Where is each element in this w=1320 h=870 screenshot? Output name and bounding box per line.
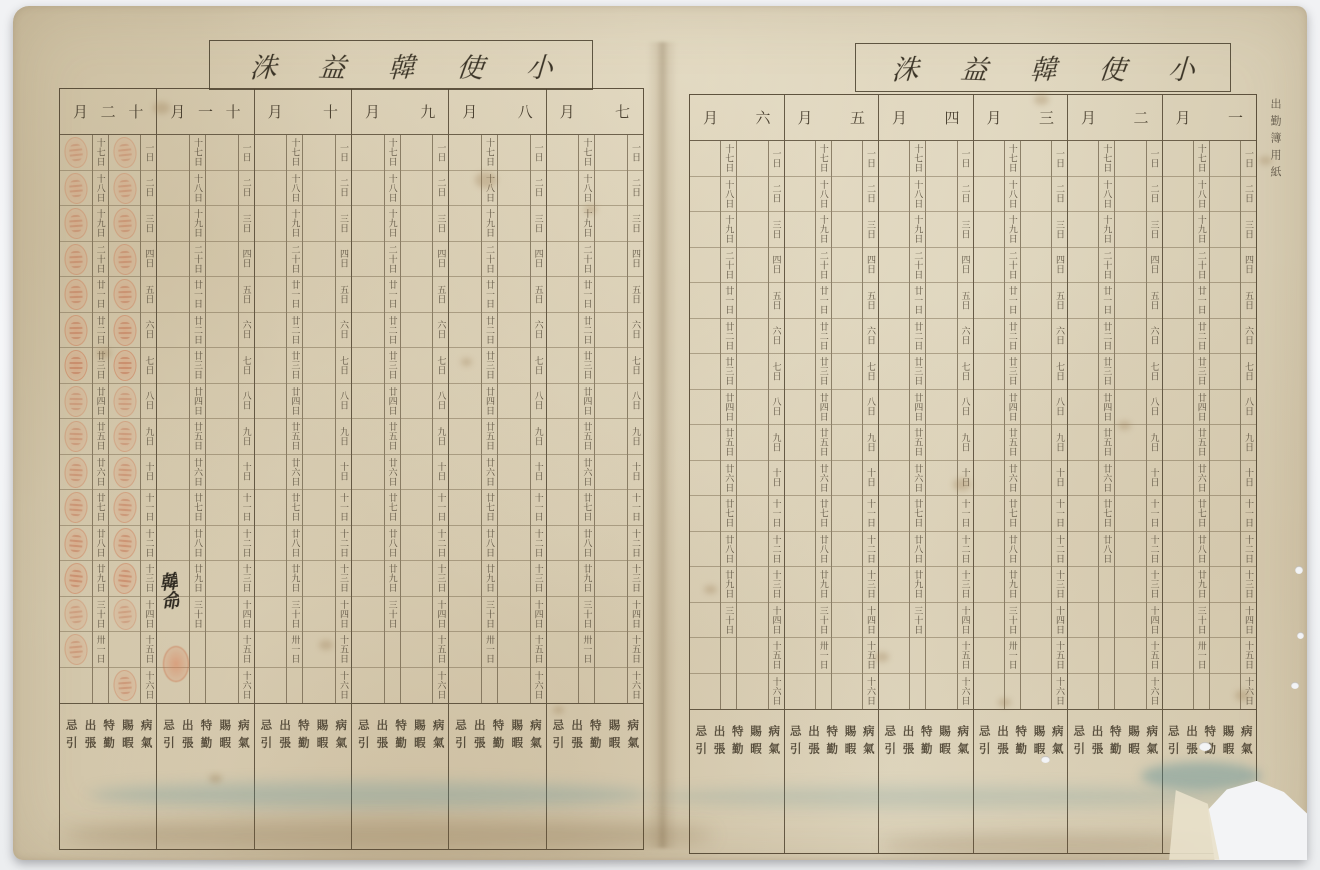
day-label-cell: 十一日 — [958, 496, 973, 532]
day-label: 廿五日 — [388, 422, 397, 451]
day-label: 七日 — [534, 356, 543, 375]
stamp-cell — [926, 141, 956, 177]
stamp-cell — [255, 597, 287, 633]
stamp-cell — [690, 212, 720, 248]
stamp-cell — [832, 461, 862, 497]
day-label: 十三日 — [1150, 570, 1159, 599]
day-label: 廿一日 — [96, 280, 105, 309]
day-label-cell: 廿七日 — [910, 496, 925, 532]
month-header-character: 月 — [365, 101, 380, 122]
stamp-cell — [206, 206, 238, 242]
day-label: 五日 — [1244, 291, 1253, 310]
stamp-cell — [449, 597, 481, 633]
stamp-cell — [1021, 674, 1051, 710]
day-label: 八日 — [1150, 397, 1159, 416]
stamp-cell — [303, 490, 335, 526]
stamp-cell — [974, 177, 1004, 213]
stamp-cell — [1210, 319, 1240, 355]
day-label: 六日 — [1244, 326, 1253, 345]
day-label-cell: 七日 — [141, 348, 156, 384]
day-label: 十二日 — [772, 535, 781, 564]
category-label: 病氣 — [430, 719, 446, 754]
stamp-cell — [595, 419, 627, 455]
attendance-seal-stamp — [63, 562, 89, 595]
day-label: 十四日 — [144, 600, 153, 629]
day-label-cell: 十五日 — [1147, 638, 1162, 674]
stamp-cell — [1068, 532, 1098, 568]
day-label-cell: 廿四日 — [910, 390, 925, 426]
day-label-cell: 十一日 — [141, 490, 156, 526]
stamp-cell — [498, 135, 530, 171]
day-label: 二十日 — [1197, 251, 1206, 280]
day-label-cell: 十日 — [336, 455, 351, 491]
day-label: 九日 — [1055, 433, 1064, 452]
stamp-cell — [690, 283, 720, 319]
stamp-cell — [1021, 177, 1051, 213]
day-label-cell: 十二日 — [1147, 532, 1162, 568]
day-label: 廿六日 — [819, 464, 828, 493]
stamp-cell — [1115, 603, 1145, 639]
stamp-cell — [879, 283, 909, 319]
day-label-cell: 十四日 — [769, 603, 784, 639]
stamp-cell — [1163, 425, 1193, 461]
stamp-cell — [60, 277, 92, 313]
day-label-cell: 六日 — [958, 319, 973, 355]
category-label: 病氣 — [1143, 725, 1159, 760]
stamp-cell — [737, 141, 767, 177]
day-label: 一日 — [339, 143, 348, 162]
day-label-cell: 十九日 — [816, 212, 831, 248]
day-label-cell: 十二日 — [1052, 532, 1067, 568]
day-label-column: 十七日十八日十九日二十日廿一日廿二日廿三日廿四日廿五日廿六日廿七日廿八日廿九日三… — [579, 135, 595, 703]
stamp-column — [879, 141, 910, 709]
day-label: 九日 — [242, 427, 251, 446]
stamp-cell — [974, 567, 1004, 603]
day-label-cell: 三日 — [1241, 212, 1256, 248]
day-label: 廿八日 — [96, 529, 105, 558]
day-label-cell: 一日 — [958, 141, 973, 177]
day-label: 三日 — [631, 214, 640, 233]
day-label-cell: 四日 — [1147, 248, 1162, 284]
day-label-cell: 三十日 — [910, 603, 925, 639]
day-label: 十四日 — [1055, 606, 1064, 635]
stamp-cell — [109, 490, 141, 526]
day-label: 七日 — [1244, 362, 1253, 381]
day-label: 廿二日 — [485, 316, 494, 345]
day-label-cell — [93, 668, 108, 704]
stamp-cell — [690, 425, 720, 461]
day-label: 十一日 — [1244, 499, 1253, 528]
stamp-cell — [1210, 141, 1240, 177]
day-label: 廿一日 — [388, 280, 397, 309]
day-label: 廿三日 — [1008, 357, 1017, 386]
day-label: 六日 — [436, 320, 445, 339]
stamp-cell — [926, 496, 956, 532]
stamp-cell — [352, 597, 384, 633]
day-label: 十八日 — [96, 174, 105, 203]
stamp-cell — [109, 277, 141, 313]
day-label: 十三日 — [1244, 570, 1253, 599]
stamp-cell — [206, 348, 238, 384]
stamp-cell — [832, 532, 862, 568]
category-label: 出張 — [900, 725, 916, 760]
day-label: 廿四日 — [193, 387, 202, 416]
stamp-cell — [547, 171, 579, 207]
day-label: 廿六日 — [388, 458, 397, 487]
day-label-cell — [816, 674, 831, 710]
day-label: 三日 — [242, 214, 251, 233]
day-label: 四日 — [1150, 255, 1159, 274]
day-label: 十九日 — [724, 215, 733, 244]
day-label-cell: 廿一日 — [721, 283, 736, 319]
stamp-cell — [206, 490, 238, 526]
stamp-cell — [401, 632, 433, 668]
day-label-cell: 十四日 — [1241, 603, 1256, 639]
day-label-cell: 十九日 — [1194, 212, 1209, 248]
category-label: 出張 — [373, 719, 389, 754]
stamp-cell — [832, 177, 862, 213]
day-label-cell: 十八日 — [721, 177, 736, 213]
day-label-cell: 十八日 — [1194, 177, 1209, 213]
stamp-cell — [401, 526, 433, 562]
day-label-cell: 八日 — [239, 384, 254, 420]
month-day-grid: 十七日十八日十九日二十日廿一日廿二日廿三日廿四日廿五日廿六日廿七日廿八日廿九日三… — [879, 141, 973, 709]
day-label-cell: 廿九日 — [482, 561, 497, 597]
day-label-cell: 五日 — [863, 283, 878, 319]
day-label-cell: 二日 — [1241, 177, 1256, 213]
day-label: 廿五日 — [913, 428, 922, 457]
day-label: 十日 — [1055, 468, 1064, 487]
day-label-cell: 五日 — [1147, 283, 1162, 319]
stamp-cell — [498, 313, 530, 349]
stamp-cell — [1210, 283, 1240, 319]
day-label-cell: 十八日 — [385, 171, 400, 207]
stamp-cell — [1163, 354, 1193, 390]
day-label-cell: 廿一日 — [287, 277, 302, 313]
day-label: 十九日 — [1102, 215, 1111, 244]
day-label: 四日 — [866, 255, 875, 274]
day-label-column: 一日二日三日四日五日六日七日八日九日十日十一日十二日十三日十四日十五日十六日 — [239, 135, 254, 703]
day-label: 廿九日 — [193, 564, 202, 593]
day-label-cell: 卅一日 — [579, 632, 594, 668]
day-label-cell: 三十日 — [287, 597, 302, 633]
stamp-cell — [255, 206, 287, 242]
day-label-cell: 十一日 — [863, 496, 878, 532]
day-label-cell: 十五日 — [336, 632, 351, 668]
day-label: 廿六日 — [1102, 464, 1111, 493]
day-label-cell: 廿三日 — [579, 348, 594, 384]
day-label: 十三日 — [144, 564, 153, 593]
day-label: 卅一日 — [582, 635, 591, 664]
stamp-cell — [595, 348, 627, 384]
day-label: 八日 — [772, 397, 781, 416]
month-day-grid: 十七日十八日十九日二十日廿一日廿二日廿三日廿四日廿五日廿六日廿七日廿八日廿九日三… — [352, 135, 448, 703]
category-row: 忌引出張特勤賜暇病氣 — [1068, 709, 1162, 774]
day-label: 十三日 — [436, 564, 445, 593]
day-label: 十二日 — [144, 529, 153, 558]
day-label-cell: 十三日 — [958, 567, 973, 603]
day-label-cell: 廿九日 — [190, 561, 205, 597]
day-label-cell: 一日 — [863, 141, 878, 177]
day-label-cell: 廿三日 — [93, 348, 108, 384]
stamp-cell — [303, 171, 335, 207]
day-label-cell: 六日 — [769, 319, 784, 355]
category-label: 賜暇 — [1031, 725, 1047, 760]
stamp-cell — [352, 384, 384, 420]
day-label-cell: 廿六日 — [1005, 461, 1020, 497]
stamp-cell — [401, 206, 433, 242]
stamp-cell — [449, 419, 481, 455]
day-label-cell: 廿九日 — [287, 561, 302, 597]
day-label-cell: 廿三日 — [816, 354, 831, 390]
day-label-cell: 二十日 — [910, 248, 925, 284]
day-label: 一日 — [1055, 149, 1064, 168]
stamp-cell — [498, 419, 530, 455]
stamp-cell — [206, 597, 238, 633]
day-label-cell: 十二日 — [958, 532, 973, 568]
day-label-cell: 八日 — [958, 390, 973, 426]
day-label-cell: 十六日 — [1052, 674, 1067, 710]
day-label: 十日 — [144, 462, 153, 481]
stamp-column — [498, 135, 531, 703]
stamp-column — [1021, 141, 1052, 709]
day-label-cell: 十八日 — [579, 171, 594, 207]
day-label-cell: 七日 — [239, 348, 254, 384]
category-label: 病氣 — [332, 719, 348, 754]
category-label: 忌引 — [160, 719, 176, 754]
month-header: 月二 — [1068, 95, 1162, 141]
day-label-cell: 十三日 — [433, 561, 448, 597]
stamp-cell — [832, 425, 862, 461]
month-day-grid: 十七日十八日十九日二十日廿一日廿二日廿三日廿四日廿五日廿六日廿七日廿八日廿九日三… — [547, 135, 643, 703]
month-header-character: 月 — [987, 107, 1002, 128]
day-label: 十八日 — [913, 180, 922, 209]
month-header-character: 三 — [1039, 107, 1054, 128]
day-label-cell: 十四日 — [863, 603, 878, 639]
stamp-cell — [255, 490, 287, 526]
day-label-cell: 四日 — [628, 242, 643, 278]
stamp-cell — [60, 597, 92, 633]
day-label: 廿八日 — [193, 529, 202, 558]
stamp-cell — [206, 668, 238, 704]
day-label-cell: 三十日 — [579, 597, 594, 633]
day-label-cell: 二日 — [336, 171, 351, 207]
stamp-cell — [60, 206, 92, 242]
day-label-cell: 廿一日 — [1005, 283, 1020, 319]
month-header-character: 七 — [615, 101, 630, 122]
day-label: 廿八日 — [1102, 535, 1111, 564]
stamp-cell — [401, 348, 433, 384]
day-label-cell: 三日 — [336, 206, 351, 242]
day-label: 廿九日 — [819, 570, 828, 599]
day-label-cell: 十八日 — [93, 171, 108, 207]
day-label-cell: 三十日 — [816, 603, 831, 639]
day-label: 一日 — [961, 149, 970, 168]
category-label: 賜暇 — [411, 719, 427, 754]
day-label: 廿三日 — [819, 357, 828, 386]
stamp-cell — [974, 248, 1004, 284]
day-label: 六日 — [1055, 326, 1064, 345]
category-label: 特勤 — [587, 719, 603, 754]
category-label: 出張 — [179, 719, 195, 754]
day-label-column: 一日二日三日四日五日六日七日八日九日十日十一日十二日十三日十四日十五日十六日 — [1147, 141, 1162, 709]
stamp-cell — [449, 526, 481, 562]
day-label: 廿七日 — [1008, 499, 1017, 528]
day-label-cell: 二日 — [531, 171, 546, 207]
day-label-cell: 五日 — [239, 277, 254, 313]
stamp-cell — [879, 141, 909, 177]
stamp-cell — [303, 135, 335, 171]
day-label-cell: 六日 — [1147, 319, 1162, 355]
stamp-cell — [401, 171, 433, 207]
stamp-cell — [255, 135, 287, 171]
day-label-cell: 廿四日 — [287, 384, 302, 420]
category-label: 賜暇 — [606, 719, 622, 754]
day-label-cell: 廿三日 — [1194, 354, 1209, 390]
month-day-grid: 十七日十八日十九日二十日廿一日廿二日廿三日廿四日廿五日廿六日廿七日廿八日廿九日三… — [255, 135, 351, 703]
day-label-cell: 二十日 — [385, 242, 400, 278]
category-label: 病氣 — [527, 719, 543, 754]
attendance-seal-stamp — [64, 385, 88, 416]
stamp-cell — [303, 206, 335, 242]
day-label-cell: 十一日 — [769, 496, 784, 532]
day-label-cell: 廿八日 — [816, 532, 831, 568]
day-label-cell: 廿四日 — [1099, 390, 1114, 426]
day-label-cell: 十一日 — [239, 490, 254, 526]
day-label-cell: 八日 — [1147, 390, 1162, 426]
day-label: 十四日 — [534, 600, 543, 629]
day-label: 卅一日 — [1197, 641, 1206, 670]
stamp-cell — [157, 277, 189, 313]
day-label: 十一日 — [1150, 499, 1159, 528]
day-label-cell: 二日 — [628, 171, 643, 207]
day-label: 廿八日 — [485, 529, 494, 558]
day-label: 五日 — [534, 285, 543, 304]
stamp-cell — [595, 632, 627, 668]
day-label-cell: 十三日 — [531, 561, 546, 597]
stamp-cell — [303, 277, 335, 313]
day-label-cell: 三日 — [141, 206, 156, 242]
day-label-cell: 十七日 — [93, 135, 108, 171]
stamp-cell — [255, 455, 287, 491]
stamp-cell — [737, 496, 767, 532]
stamp-cell — [1068, 603, 1098, 639]
stamp-cell — [1163, 496, 1193, 532]
day-label-cell — [721, 674, 736, 710]
day-label: 廿一日 — [290, 280, 299, 309]
day-label-cell: 十六日 — [531, 668, 546, 704]
stamp-cell — [1163, 141, 1193, 177]
day-label-cell: 廿六日 — [482, 455, 497, 491]
day-label-cell: 十九日 — [579, 206, 594, 242]
stamp-cell — [1163, 532, 1193, 568]
day-label-cell: 八日 — [141, 384, 156, 420]
day-label-cell: 三日 — [239, 206, 254, 242]
day-label-cell: 廿二日 — [93, 313, 108, 349]
day-label: 十二日 — [866, 535, 875, 564]
day-label-cell: 一日 — [336, 135, 351, 171]
stamp-cell — [449, 561, 481, 597]
month-day-grid: 十七日十八日十九日二十日廿一日廿二日廿三日廿四日廿五日廿六日廿七日廿八日廿九日三… — [449, 135, 545, 703]
month-header-character: 月 — [170, 101, 185, 122]
day-label: 五日 — [1150, 291, 1159, 310]
day-label-cell: 一日 — [1052, 141, 1067, 177]
stamp-cell — [157, 313, 189, 349]
stamp-cell — [785, 283, 815, 319]
day-label-cell: 八日 — [433, 384, 448, 420]
day-label-cell: 十九日 — [721, 212, 736, 248]
stamp-cell — [1163, 212, 1193, 248]
stamp-cell — [547, 419, 579, 455]
stamp-cell — [449, 348, 481, 384]
day-label-cell: 十九日 — [385, 206, 400, 242]
day-label: 二日 — [1150, 184, 1159, 203]
day-label-cell: 廿三日 — [482, 348, 497, 384]
month-header-character: 月 — [268, 101, 283, 122]
day-label: 十二日 — [1150, 535, 1159, 564]
stamp-cell — [1021, 283, 1051, 319]
category-label: 出張 — [568, 719, 584, 754]
stamp-cell — [690, 461, 720, 497]
day-label-cell: 七日 — [769, 354, 784, 390]
day-label-column: 十七日十八日十九日二十日廿一日廿二日廿三日廿四日廿五日廿六日廿七日廿八日廿九日三… — [910, 141, 926, 709]
title-character: 洙 — [890, 47, 919, 88]
stamp-cell — [1068, 248, 1098, 284]
attendance-seal-stamp — [113, 350, 136, 381]
day-label: 六日 — [866, 326, 875, 345]
day-label: 六日 — [1150, 326, 1159, 345]
month-column: 月五十七日十八日十九日二十日廿一日廿二日廿三日廿四日廿五日廿六日廿七日廿八日廿九… — [784, 95, 879, 853]
stamp-cell — [255, 668, 287, 704]
day-label: 十二日 — [961, 535, 970, 564]
day-label: 一日 — [1244, 149, 1253, 168]
day-label-cell: 十七日 — [1194, 141, 1209, 177]
day-label: 卅一日 — [96, 635, 105, 664]
day-label-cell: 二十日 — [579, 242, 594, 278]
day-label-cell — [1099, 674, 1114, 710]
day-label-cell: 十八日 — [482, 171, 497, 207]
day-label-cell: 廿二日 — [1099, 319, 1114, 355]
stamp-cell — [547, 348, 579, 384]
day-label-cell: 廿一日 — [816, 283, 831, 319]
stamp-column — [690, 141, 721, 709]
day-label-cell: 三日 — [1147, 212, 1162, 248]
day-label-cell: 三日 — [628, 206, 643, 242]
stamp-cell — [879, 319, 909, 355]
day-label: 三十日 — [96, 600, 105, 629]
month-header-character: 月 — [462, 101, 477, 122]
stamp-column — [1163, 141, 1194, 709]
stamp-cell — [547, 384, 579, 420]
day-label-cell: 廿九日 — [910, 567, 925, 603]
day-label-cell: 十二日 — [863, 532, 878, 568]
day-label: 廿一日 — [1102, 286, 1111, 315]
stamp-cell — [401, 313, 433, 349]
stamp-cell — [1115, 248, 1145, 284]
day-label: 九日 — [1150, 433, 1159, 452]
day-label: 三日 — [772, 220, 781, 239]
day-label: 卅一日 — [1008, 641, 1017, 670]
stamp-cell — [449, 632, 481, 668]
stamp-cell — [737, 354, 767, 390]
month-day-grid: 十七日十八日十九日二十日廿一日廿二日廿三日廿四日廿五日廿六日廿七日廿八日廿九日三… — [785, 141, 879, 709]
category-row: 忌引出張特勤賜暇病氣 — [974, 709, 1068, 774]
stamp-cell — [1068, 212, 1098, 248]
stamp-column — [206, 135, 239, 703]
day-label: 十七日 — [290, 138, 299, 167]
category-row: 忌引出張特勤賜暇病氣 — [352, 703, 448, 768]
stamp-cell — [974, 674, 1004, 710]
